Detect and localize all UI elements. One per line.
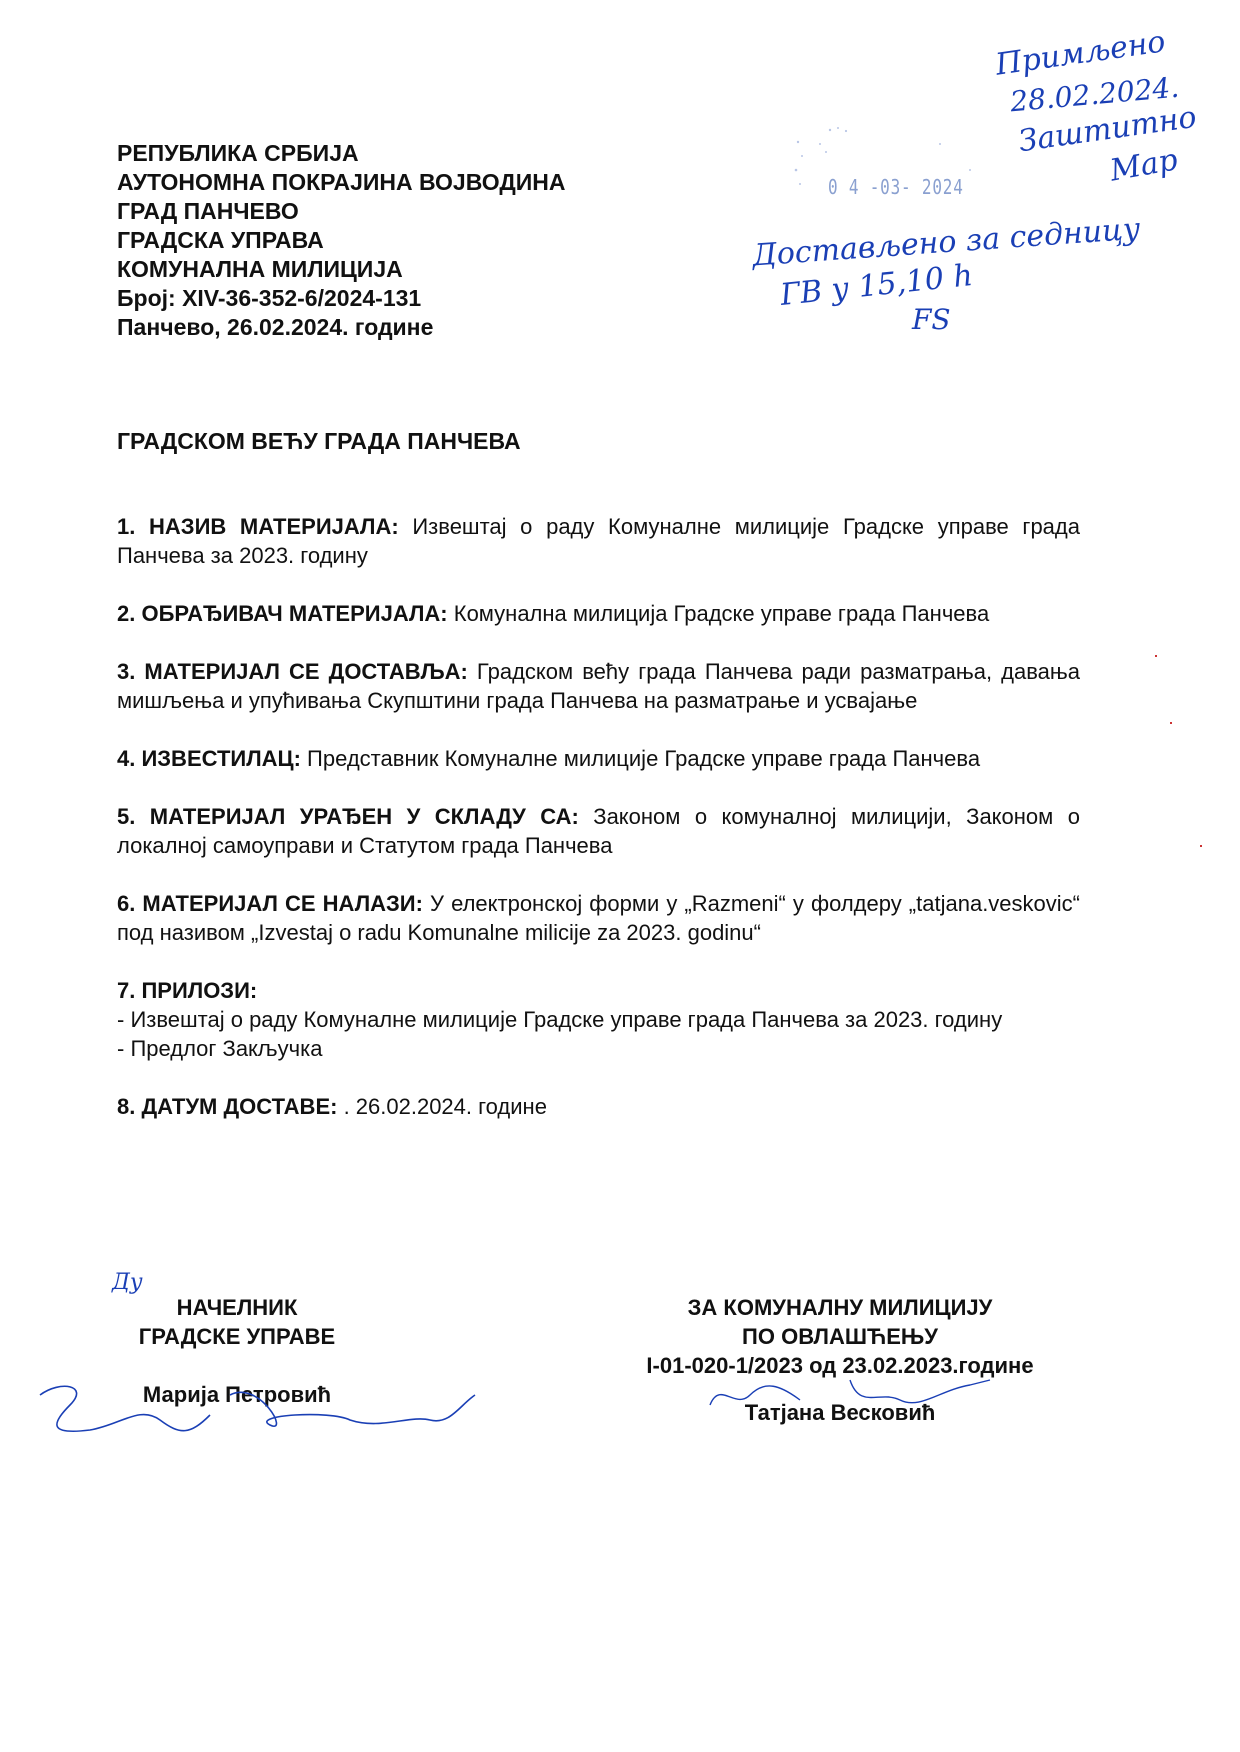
header-line-administration: ГРАДСКА УПРАВА <box>117 226 565 255</box>
signatory-title: НАЧЕЛНИК <box>117 1293 357 1322</box>
item-material-author: 2. ОБРАЂИВАЧ МАТЕРИЈАЛА: Комунална милиц… <box>117 599 1080 628</box>
margin-mark <box>1155 655 1157 657</box>
authorized-for: ЗА КОМУНАЛНУ МИЛИЦИЈУ <box>600 1293 1080 1322</box>
handwritten-initials: Мар <box>1107 142 1180 188</box>
item-text: Комунална милиција Градске управе града … <box>448 601 990 626</box>
item-legal-basis: 5. МАТЕРИЈАЛ УРАЂЕН У СКЛАДУ СА: Законом… <box>117 802 1080 860</box>
stamp-date: 0 4 -03- 2024 <box>828 175 964 199</box>
item-label: 3. МАТЕРИЈАЛ СЕ ДОСТАВЉА: <box>117 659 468 684</box>
attachment-report: - Извештај о раду Комуналне милиције Гра… <box>117 1005 1080 1034</box>
item-text: . 26.02.2024. године <box>337 1094 546 1119</box>
attachment-conclusion-proposal: - Предлог Закључка <box>117 1034 1080 1063</box>
item-delivery-date: 8. ДАТУМ ДОСТАВЕ: . 26.02.2024. године <box>117 1092 1080 1121</box>
authorization-label: ПО ОВЛАШЋЕЊУ <box>600 1322 1080 1351</box>
header-line-republic: РЕПУБЛИКА СРБИЈА <box>117 139 565 168</box>
header-line-city: ГРАД ПАНЧЕВО <box>117 197 565 226</box>
item-attachments: 7. ПРИЛОЗИ: - Извештај о раду Комуналне … <box>117 976 1080 1063</box>
item-text: Представник Комуналне милиције Градске у… <box>301 746 980 771</box>
addressee: ГРАДСКОМ ВЕЋУ ГРАДА ПАНЧЕВА <box>117 428 521 455</box>
header-line-date: Панчево, 26.02.2024. године <box>117 313 565 342</box>
item-material-delivered-to: 3. МАТЕРИЈАЛ СЕ ДОСТАВЉА: Градском већу … <box>117 657 1080 715</box>
document-page: РЕПУБЛИКА СРБИЈА АУТОНОМНА ПОКРАЈИНА ВОЈ… <box>0 0 1240 1752</box>
header-line-department: КОМУНАЛНА МИЛИЦИЈА <box>117 255 565 284</box>
item-label: 1. НАЗИВ МАТЕРИЈАЛА: <box>117 514 399 539</box>
margin-mark <box>1170 722 1172 724</box>
item-material-location: 6. МАТЕРИЈАЛ СЕ НАЛАЗИ: У електронској ф… <box>117 889 1080 947</box>
header-line-province: АУТОНОМНА ПОКРАЈИНА ВОЈВОДИНА <box>117 168 565 197</box>
header-line-reference-number: Број: XIV-36-352-6/2024-131 <box>117 284 565 313</box>
item-label: 7. ПРИЛОЗИ: <box>117 976 1080 1005</box>
handwritten-paraph: Ду <box>112 1270 143 1295</box>
item-label: 4. ИЗВЕСТИЛАЦ: <box>117 746 301 771</box>
item-label: 6. МАТЕРИЈАЛ СЕ НАЛАЗИ: <box>117 891 423 916</box>
item-reporter: 4. ИЗВЕСТИЛАЦ: Представник Комуналне мил… <box>117 744 1080 773</box>
signature-scribble-left <box>30 1375 480 1455</box>
document-header: РЕПУБЛИКА СРБИЈА АУТОНОМНА ПОКРАЈИНА ВОЈ… <box>117 139 565 342</box>
signatory-title-2: ГРАДСКЕ УПРАВЕ <box>117 1322 357 1351</box>
item-label: 5. МАТЕРИЈАЛ УРАЂЕН У СКЛАДУ СА: <box>117 804 579 829</box>
item-label: 8. ДАТУМ ДОСТАВЕ: <box>117 1094 337 1119</box>
item-label: 2. ОБРАЂИВАЧ МАТЕРИЈАЛА: <box>117 601 448 626</box>
margin-mark <box>1200 845 1202 847</box>
item-material-title: 1. НАЗИВ МАТЕРИЈАЛА: Извештај о раду Ком… <box>117 512 1080 570</box>
handwritten-delivery-initials: FS <box>912 303 951 336</box>
signature-scribble-right <box>700 1370 1000 1420</box>
material-items: 1. НАЗИВ МАТЕРИЈАЛА: Извештај о раду Ком… <box>117 512 1080 1150</box>
